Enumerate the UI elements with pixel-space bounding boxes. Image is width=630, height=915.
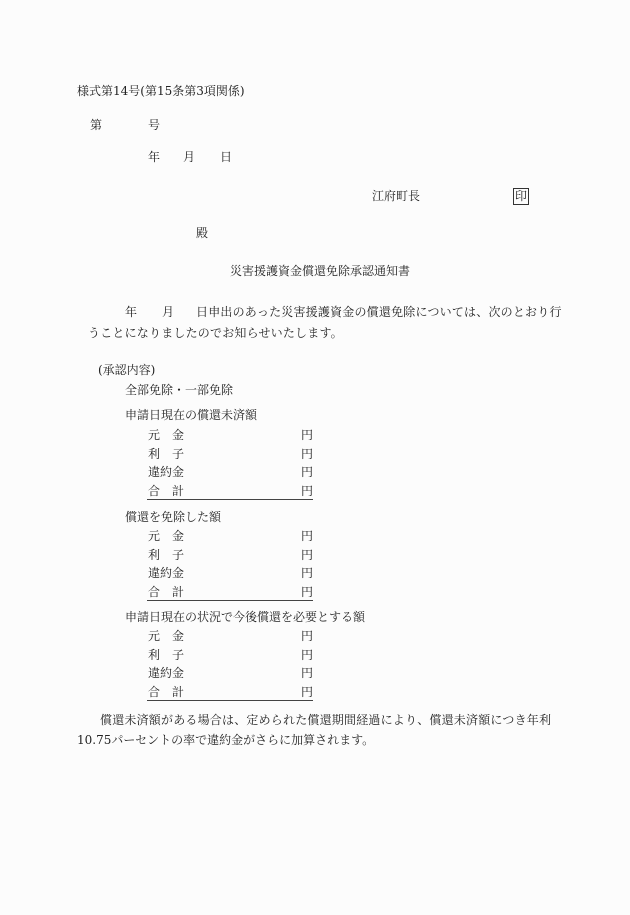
yen-unit: 円 xyxy=(301,685,313,699)
intro-year-label: 年 xyxy=(125,305,137,319)
item-label: 合 計 xyxy=(148,484,184,498)
remaining-penalty-row: 違約金 円 xyxy=(147,666,313,681)
intro-line1-text: 日申出のあった災害援護資金の償還免除については、次のとおり行 xyxy=(196,305,562,319)
yen-unit: 円 xyxy=(301,465,313,479)
yen-unit: 円 xyxy=(301,447,313,461)
yen-unit: 円 xyxy=(301,428,313,442)
item-label: 元 金 xyxy=(148,428,184,442)
exempted-principal-row: 元 金 円 xyxy=(147,529,313,544)
yen-unit: 円 xyxy=(301,666,313,680)
approval-heading: (承認内容) xyxy=(98,363,155,377)
exempted-total-row: 合 計 円 xyxy=(147,585,313,601)
exempted-interest-row: 利 子 円 xyxy=(147,548,313,563)
yen-unit: 円 xyxy=(301,648,313,662)
yen-unit: 円 xyxy=(301,629,313,643)
outstanding-interest-row: 利 子 円 xyxy=(147,447,313,462)
item-label: 違約金 xyxy=(148,666,184,680)
date-year-label: 年 xyxy=(148,150,160,164)
number-prefix: 第 xyxy=(90,118,102,132)
section-exempted-heading: 償還を免除した額 xyxy=(125,510,221,524)
outstanding-principal-row: 元 金 円 xyxy=(147,428,313,443)
remaining-interest-row: 利 子 円 xyxy=(147,648,313,663)
yen-unit: 円 xyxy=(301,585,313,599)
item-label: 利 子 xyxy=(148,548,184,562)
seal-mark: 印 xyxy=(513,188,529,205)
item-label: 利 子 xyxy=(148,648,184,662)
item-label: 違約金 xyxy=(148,566,184,580)
remaining-total-row: 合 計 円 xyxy=(147,685,313,701)
yen-unit: 円 xyxy=(301,484,313,498)
addressee-suffix: 殿 xyxy=(196,226,208,240)
item-label: 合 計 xyxy=(148,585,184,599)
yen-unit: 円 xyxy=(301,548,313,562)
remaining-principal-row: 元 金 円 xyxy=(147,629,313,644)
document-title: 災害援護資金償還免除承認通知書 xyxy=(230,264,410,278)
exemption-type: 全部免除・一部免除 xyxy=(125,383,233,397)
issuer-title: 江府町長 xyxy=(372,189,420,203)
outstanding-total-row: 合 計 円 xyxy=(147,484,313,500)
section-remaining-heading: 申請日現在の状況で今後償還を必要とする額 xyxy=(125,610,365,624)
footer-note-line2: 10.75パーセントの率で違約金がさらに加算されます。 xyxy=(77,733,374,747)
intro-month-label: 月 xyxy=(162,305,174,319)
item-label: 利 子 xyxy=(148,447,184,461)
yen-unit: 円 xyxy=(301,566,313,580)
item-label: 元 金 xyxy=(148,629,184,643)
exempted-penalty-row: 違約金 円 xyxy=(147,566,313,581)
footer-note-line1: 償還未済額がある場合は、定められた償還期間経過により、償還未済額につき年利 xyxy=(100,713,551,727)
item-label: 違約金 xyxy=(148,465,184,479)
outstanding-penalty-row: 違約金 円 xyxy=(147,465,313,480)
yen-unit: 円 xyxy=(301,529,313,543)
number-suffix: 号 xyxy=(148,118,160,132)
date-month-label: 月 xyxy=(183,150,195,164)
section-outstanding-heading: 申請日現在の償還未済額 xyxy=(125,408,257,422)
item-label: 合 計 xyxy=(148,685,184,699)
item-label: 元 金 xyxy=(148,529,184,543)
intro-line2-text: うことになりましたのでお知らせいたします。 xyxy=(88,326,343,340)
form-number-header: 様式第14号(第15条第3項関係) xyxy=(77,84,245,98)
date-day-label: 日 xyxy=(220,150,232,164)
